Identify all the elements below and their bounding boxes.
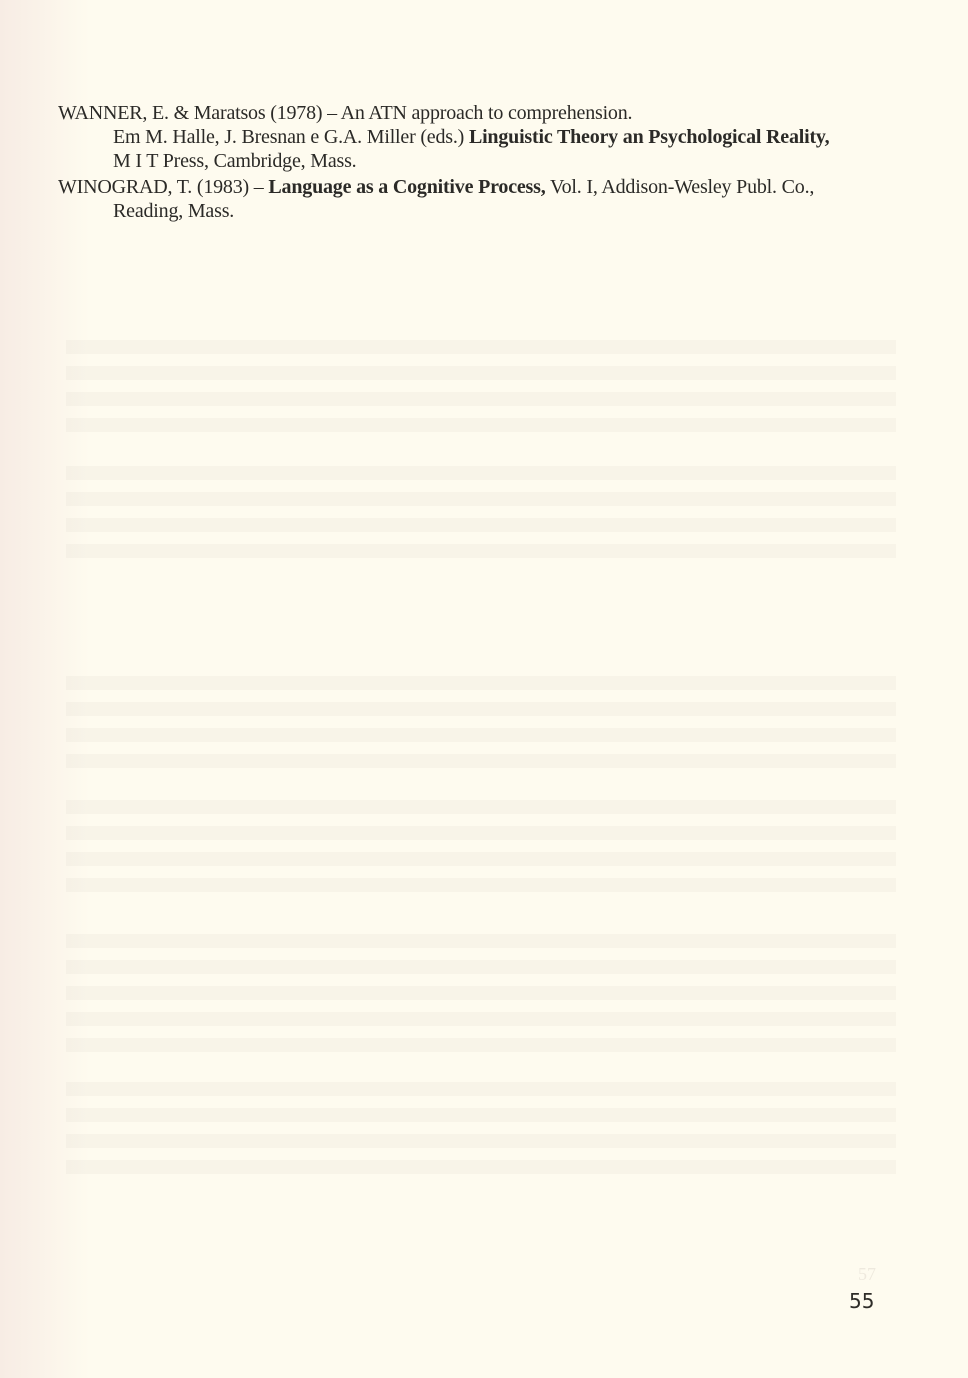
show-through-text-block bbox=[66, 340, 896, 440]
show-through-text-block bbox=[66, 934, 896, 1059]
reference-author: WANNER, E. & Maratsos (1978) bbox=[58, 102, 322, 124]
reference-list: WANNER, E. & Maratsos (1978) – An ATN ap… bbox=[58, 101, 898, 225]
page-number: 55 bbox=[849, 1289, 874, 1313]
reference-separator: – bbox=[249, 176, 268, 198]
reference-separator: – bbox=[322, 102, 340, 124]
reference-editors: Em M. Halle, J. Bresnan e G.A. Miller (e… bbox=[113, 126, 469, 148]
reference-line: Em M. Halle, J. Bresnan e G.A. Miller (e… bbox=[58, 125, 898, 149]
reference-publisher-location: Reading, Mass. bbox=[58, 199, 898, 223]
reference-entry-wanner: WANNER, E. & Maratsos (1978) – An ATN ap… bbox=[58, 101, 898, 173]
show-through-page-number: 57 bbox=[858, 1264, 876, 1285]
reference-entry-winograd: WINOGRAD, T. (1983) – Language as a Cogn… bbox=[58, 175, 898, 223]
reference-author: WINOGRAD, T. (1983) bbox=[58, 176, 249, 198]
reference-line: WINOGRAD, T. (1983) – Language as a Cogn… bbox=[58, 175, 898, 199]
show-through-text-block bbox=[66, 676, 896, 776]
reference-book-title: Linguistic Theory an Psychological Reali… bbox=[469, 126, 830, 148]
reference-publication-info: Vol. I, Addison-Wesley Publ. Co., bbox=[546, 176, 815, 198]
reference-line: WANNER, E. & Maratsos (1978) – An ATN ap… bbox=[58, 101, 898, 125]
show-through-text-block bbox=[66, 1082, 896, 1182]
reference-publisher: M I T Press, Cambridge, Mass. bbox=[58, 149, 898, 173]
show-through-text-block bbox=[66, 800, 896, 900]
show-through-text-block bbox=[66, 466, 896, 566]
reference-title: An ATN approach to comprehension. bbox=[341, 102, 633, 124]
reference-book-title: Language as a Cognitive Process, bbox=[268, 176, 545, 198]
